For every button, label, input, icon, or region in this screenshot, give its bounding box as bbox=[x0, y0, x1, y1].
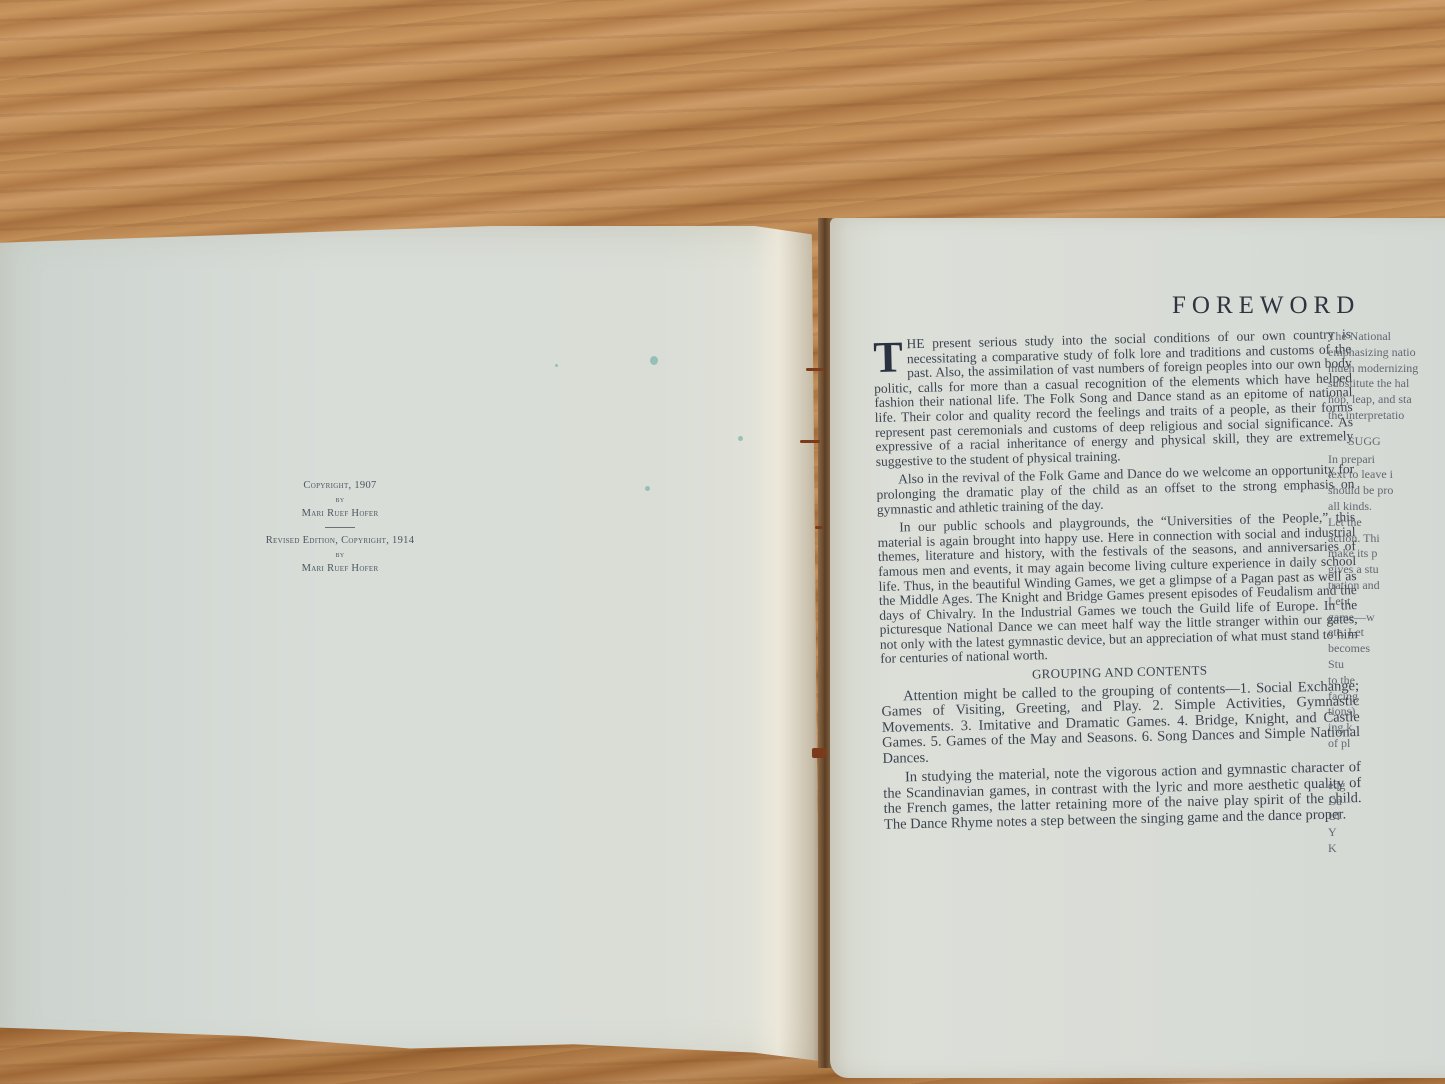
stain-spot bbox=[650, 356, 658, 365]
text-line: becomes bbox=[1328, 642, 1445, 656]
text-line: ing k bbox=[1328, 721, 1445, 735]
text-line: of pl bbox=[1328, 737, 1445, 751]
stain-spot bbox=[645, 486, 650, 491]
spine-tear bbox=[806, 368, 824, 371]
paragraph: Attention might be called to the groupin… bbox=[881, 679, 1361, 767]
text-line: etc. Let bbox=[1328, 626, 1445, 640]
text-line: game—w bbox=[1328, 611, 1445, 625]
text-line: The National bbox=[1328, 330, 1445, 344]
copyright-1907: Copyright, 1907 bbox=[240, 478, 440, 494]
text-line: tions) bbox=[1328, 705, 1445, 719]
left-page bbox=[0, 226, 820, 1061]
text-line: to the bbox=[1328, 674, 1445, 688]
section-heading: SUGG bbox=[1348, 435, 1445, 449]
foreword-column-1: THE present serious study into the socia… bbox=[873, 327, 1362, 837]
author-name: Mari Ruef Hofer bbox=[240, 561, 440, 577]
text-line: Da bbox=[1328, 795, 1445, 809]
text-line: text to leave i bbox=[1328, 468, 1445, 482]
text-line: the interpretatio bbox=[1328, 409, 1445, 423]
paragraph: Also in the revival of the Folk Game and… bbox=[876, 462, 1355, 517]
text-line: Stu bbox=[1328, 658, 1445, 672]
text-line: Y bbox=[1328, 826, 1445, 840]
text-line: gives a stu bbox=[1328, 563, 1445, 577]
text-line: action. Thi bbox=[1328, 532, 1445, 546]
divider bbox=[325, 527, 355, 528]
text-line: K bbox=[1328, 842, 1445, 856]
paragraph: In studying the material, note the vigor… bbox=[883, 760, 1362, 833]
text-line: emphasizing natio bbox=[1328, 346, 1445, 360]
stain-spot bbox=[555, 364, 558, 367]
text-line: edg bbox=[1328, 779, 1445, 793]
spine-tear bbox=[800, 440, 820, 443]
by-label: by bbox=[240, 494, 440, 506]
text-line: should be pro bbox=[1328, 484, 1445, 498]
text-line: Let the bbox=[1328, 516, 1445, 530]
text-line: Let t bbox=[1328, 595, 1445, 609]
spine-tear bbox=[812, 748, 826, 758]
text-line: In prepari bbox=[1328, 453, 1445, 467]
copyright-notice: Copyright, 1907 by Mari Ruef Hofer Revis… bbox=[240, 478, 440, 577]
text-line: facing bbox=[1328, 690, 1445, 704]
text-line: Ul bbox=[1328, 810, 1445, 824]
text-line: substitute the hal bbox=[1328, 377, 1445, 391]
text-line: tration and bbox=[1328, 579, 1445, 593]
copyright-1914: Revised Edition, Copyright, 1914 bbox=[240, 533, 440, 549]
foreword-column-2-partial: The National emphasizing natio much mode… bbox=[1328, 330, 1445, 858]
foreword-title: FOREWORD bbox=[1172, 292, 1360, 320]
spine-tear bbox=[815, 526, 823, 529]
text-line: all kinds. bbox=[1328, 500, 1445, 514]
text-line: hop, leap, and sta bbox=[1328, 393, 1445, 407]
paragraph: In our public schools and playgrounds, t… bbox=[877, 510, 1358, 667]
by-label: by bbox=[240, 549, 440, 561]
text-line: make its p bbox=[1328, 547, 1445, 561]
stain-spot bbox=[738, 436, 743, 441]
text-line: much modernizing bbox=[1328, 362, 1445, 376]
author-name: Mari Ruef Hofer bbox=[240, 506, 440, 522]
drop-cap: T bbox=[873, 339, 903, 376]
paragraph: THE present serious study into the socia… bbox=[873, 327, 1354, 469]
